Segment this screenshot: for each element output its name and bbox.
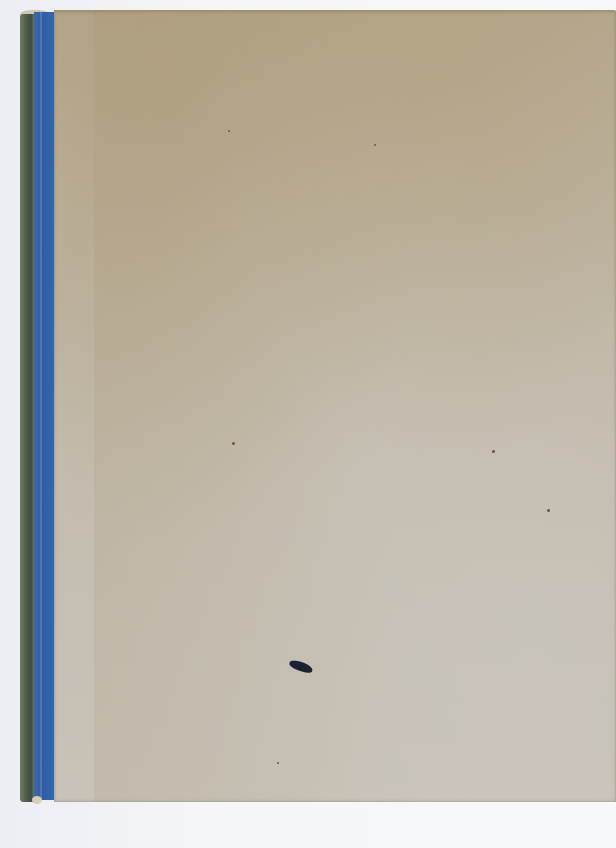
cover-stain [94, 10, 394, 802]
cover-speck [232, 442, 235, 445]
book-cover-board [54, 10, 616, 802]
cover-speck [492, 450, 495, 453]
cover-speck [277, 762, 279, 764]
cover-speck [374, 144, 376, 146]
cover-speck [228, 130, 230, 132]
frayed-corner-bottom [32, 796, 42, 804]
book [20, 10, 616, 802]
cover-speck [547, 509, 550, 512]
photo-scene [0, 0, 616, 848]
